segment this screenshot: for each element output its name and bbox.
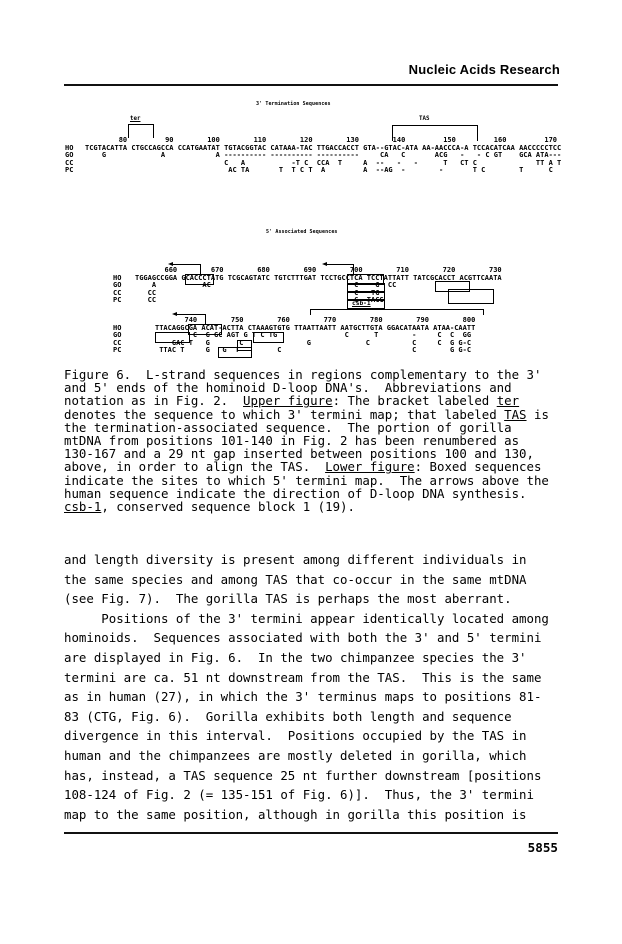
sequence-row-pc: CC C TACG — [135, 297, 502, 305]
body-line: and length diversity is present among di… — [64, 550, 549, 570]
terminus-box-empty-2 — [448, 289, 494, 304]
tas-label: TAS — [419, 116, 429, 122]
sequence-row-pc: AC TA T T C T A A --AG - - T C T C — [85, 167, 561, 175]
header-rule — [64, 84, 558, 86]
body-line: Positions of the 3' termini appear ident… — [64, 609, 549, 629]
sequence-row-pc: TTAC T G G T C C G G-C — [155, 347, 475, 355]
lower-row2-labels: HO GO CC PC — [113, 317, 121, 355]
body-line: the same species and among TAS that co-o… — [64, 570, 549, 590]
journal-page: Nucleic Acids Research 3' Termination Se… — [0, 0, 622, 944]
terminus-box-caccct — [185, 274, 214, 285]
body-line: hominoids. Sequences associated with bot… — [64, 628, 549, 648]
terminus-box-empty-3 — [155, 332, 190, 343]
caption-line-4: denotes the sequence to which 3' termini… — [64, 408, 549, 421]
body-line: are displayed in Fig. 6. In the two chim… — [64, 648, 549, 668]
upper-row-labels: HO GO CC PC — [65, 137, 73, 175]
ter-label: ter — [130, 116, 140, 122]
figure-6-caption: Figure 6. L-strand sequences in regions … — [64, 368, 549, 513]
body-line: map to the same position, although in go… — [64, 805, 549, 825]
body-line: divergence in this interval. Positions o… — [64, 726, 549, 746]
body-line: human and the chimpanzees are mostly del… — [64, 746, 549, 766]
terminus-box-gaacat — [188, 324, 222, 335]
caption-line-11: csb-1, conserved sequence block 1 (19). — [64, 500, 549, 513]
body-line: 108-124 of Fig. 2 (= 135-151 of Fig. 6)]… — [64, 785, 549, 805]
terminus-box-pc2 — [218, 347, 252, 358]
upper-block-title: 3' Termination Sequences — [256, 101, 331, 107]
body-text: and length diversity is present among di… — [64, 550, 549, 824]
lower-row1-labels: HO GO CC PC — [113, 267, 121, 305]
terminus-box-go2 — [253, 332, 284, 343]
upper-sequences: 80 90 100 110 120 130 140 150 160 170 TC… — [85, 137, 561, 175]
body-line: as in human (27), in which the 3' termin… — [64, 687, 549, 707]
body-line: 83 (CTG, Fig. 6). Gorilla exhibits both … — [64, 707, 549, 727]
journal-title: Nucleic Acids Research — [409, 62, 560, 77]
lower-block-title: 5' Associated Sequences — [266, 229, 338, 235]
body-line: termini are ca. 51 nt downstream from th… — [64, 668, 549, 688]
footer-rule — [64, 832, 558, 834]
caption-line-8: above, in order to align the TAS. Lower … — [64, 460, 549, 473]
lower-row2-sequences: 740 750 760 770 780 790 800 TTACAGGCGA A… — [155, 317, 475, 355]
csb1-bracket — [310, 309, 484, 315]
body-line: has, instead, a TAS sequence 25 nt furth… — [64, 766, 549, 786]
caption-line-9: indicate the sites to which 5' termini m… — [64, 474, 549, 487]
body-line: (see Fig. 7). The gorilla TAS is perhaps… — [64, 589, 549, 609]
page-number: 5855 — [528, 840, 558, 855]
csb1-label: csb-1 — [352, 300, 371, 307]
